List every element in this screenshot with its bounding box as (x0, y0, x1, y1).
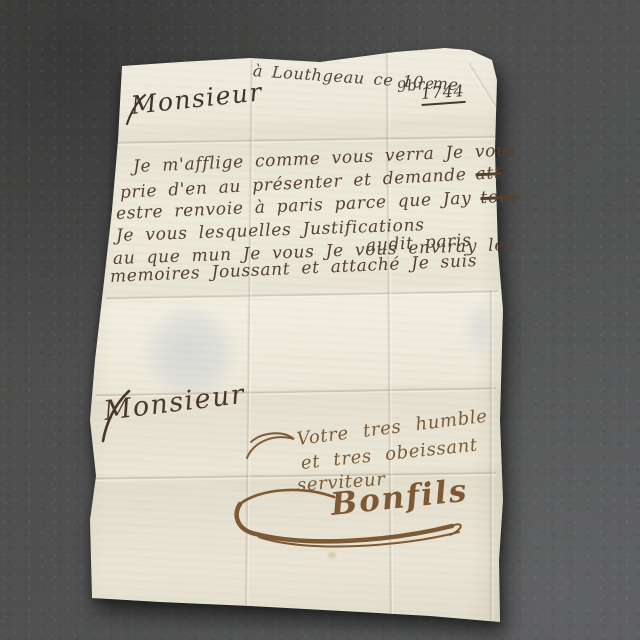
struck-word-att: att (475, 163, 502, 184)
struck-word-tout: tout (480, 186, 518, 208)
closing-entry-stroke (247, 433, 294, 458)
photo-background: à Louthgeau ce 10 me 9bre 1744 Monsieur … (0, 0, 640, 640)
ink-flourishes (0, 0, 640, 640)
dateline-year: 1744 (420, 82, 465, 106)
